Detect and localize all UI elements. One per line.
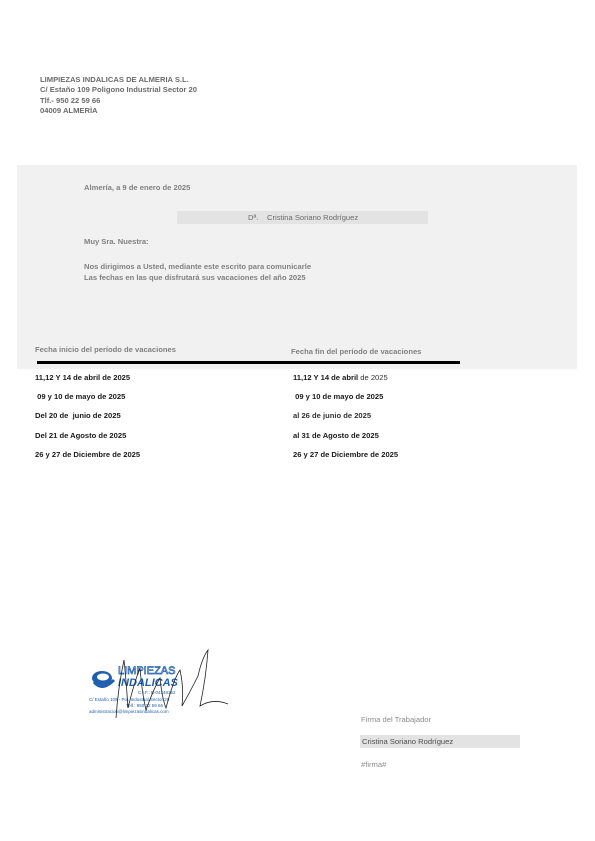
recipient-name: Cristina Soriano Rodríguez xyxy=(267,213,358,222)
stamp-email: administracion@limpiezasindalicas.com xyxy=(89,709,169,714)
header-end-date: Fecha fin del período de vacaciones xyxy=(291,347,421,356)
company-name: LIMPIEZAS INDALICAS DE ALMERIA S.L. xyxy=(40,75,197,85)
letter-body: Nos dirigimos a Usted, mediante este esc… xyxy=(84,262,311,283)
vacation-start-date: Del 20 de junio de 2025 xyxy=(35,411,121,420)
vacation-start-date: 09 y 10 de mayo de 2025 xyxy=(35,392,125,401)
signature-label: Firma del Trabajador xyxy=(361,715,431,724)
company-address: C/ Estaño 109 Poligono Industrial Sector… xyxy=(40,85,197,95)
end-date-normal: de 2025 xyxy=(358,373,388,382)
vacation-end-date: 09 y 10 de mayo de 2025 xyxy=(293,392,383,401)
signature-placeholder: #firma# xyxy=(361,760,386,769)
company-header: LIMPIEZAS INDALICAS DE ALMERIA S.L. C/ E… xyxy=(40,75,197,116)
end-date-bold: 26 y 27 de Diciembre de 2025 xyxy=(293,450,398,459)
header-start-date: Fecha inicio del período de vacaciones xyxy=(35,345,176,354)
letter-date: Almería, a 9 de enero de 2025 xyxy=(84,183,190,192)
vacation-end-date: al 31 de Agosto de 2025 xyxy=(293,431,379,440)
vacation-end-date: al 26 de junio de 2025 xyxy=(293,411,371,420)
vacation-end-date: 26 y 27 de Diciembre de 2025 xyxy=(293,450,398,459)
end-date-bold: al 31 de Agosto de 2025 xyxy=(293,431,379,440)
stamp-brand-top: LIMPIEZAS xyxy=(118,665,175,677)
end-date-bold: 11,12 Y 14 de abril xyxy=(293,373,358,382)
header-divider xyxy=(37,361,460,364)
vacation-start-date: 11,12 Y 14 de abril de 2025 xyxy=(35,373,130,382)
vacation-end-date: 11,12 Y 14 de abril de 2025 xyxy=(293,373,388,382)
company-stamp-logo: LIMPIEZAS INDALICAS C.I.F.: B-04248152 C… xyxy=(88,648,233,720)
end-date-bold: al 26 de junio de 2025 xyxy=(293,411,371,420)
greeting: Muy Sra. Nuestra: xyxy=(84,237,149,246)
company-phone: Tlf.- 950 22 59 66 xyxy=(40,96,197,106)
body-line: Nos dirigimos a Usted, mediante este esc… xyxy=(84,262,311,273)
company-city: 04009 ALMERÌA xyxy=(40,106,197,116)
recipient-prefix: Dª. xyxy=(248,213,258,222)
stamp-brand-bottom: INDALICAS xyxy=(118,677,179,689)
worker-name: Cristina Soriano Rodríguez xyxy=(362,737,453,746)
end-date-bold: 09 y 10 de mayo de 2025 xyxy=(293,392,383,401)
body-line: Las fechas en las que disfrutará sus vac… xyxy=(84,273,311,284)
vacation-start-date: Del 21 de Agosto de 2025 xyxy=(35,431,126,440)
logo-swirl-icon xyxy=(92,671,114,687)
vacation-start-date: 26 y 27 de Diciembre de 2025 xyxy=(35,450,140,459)
